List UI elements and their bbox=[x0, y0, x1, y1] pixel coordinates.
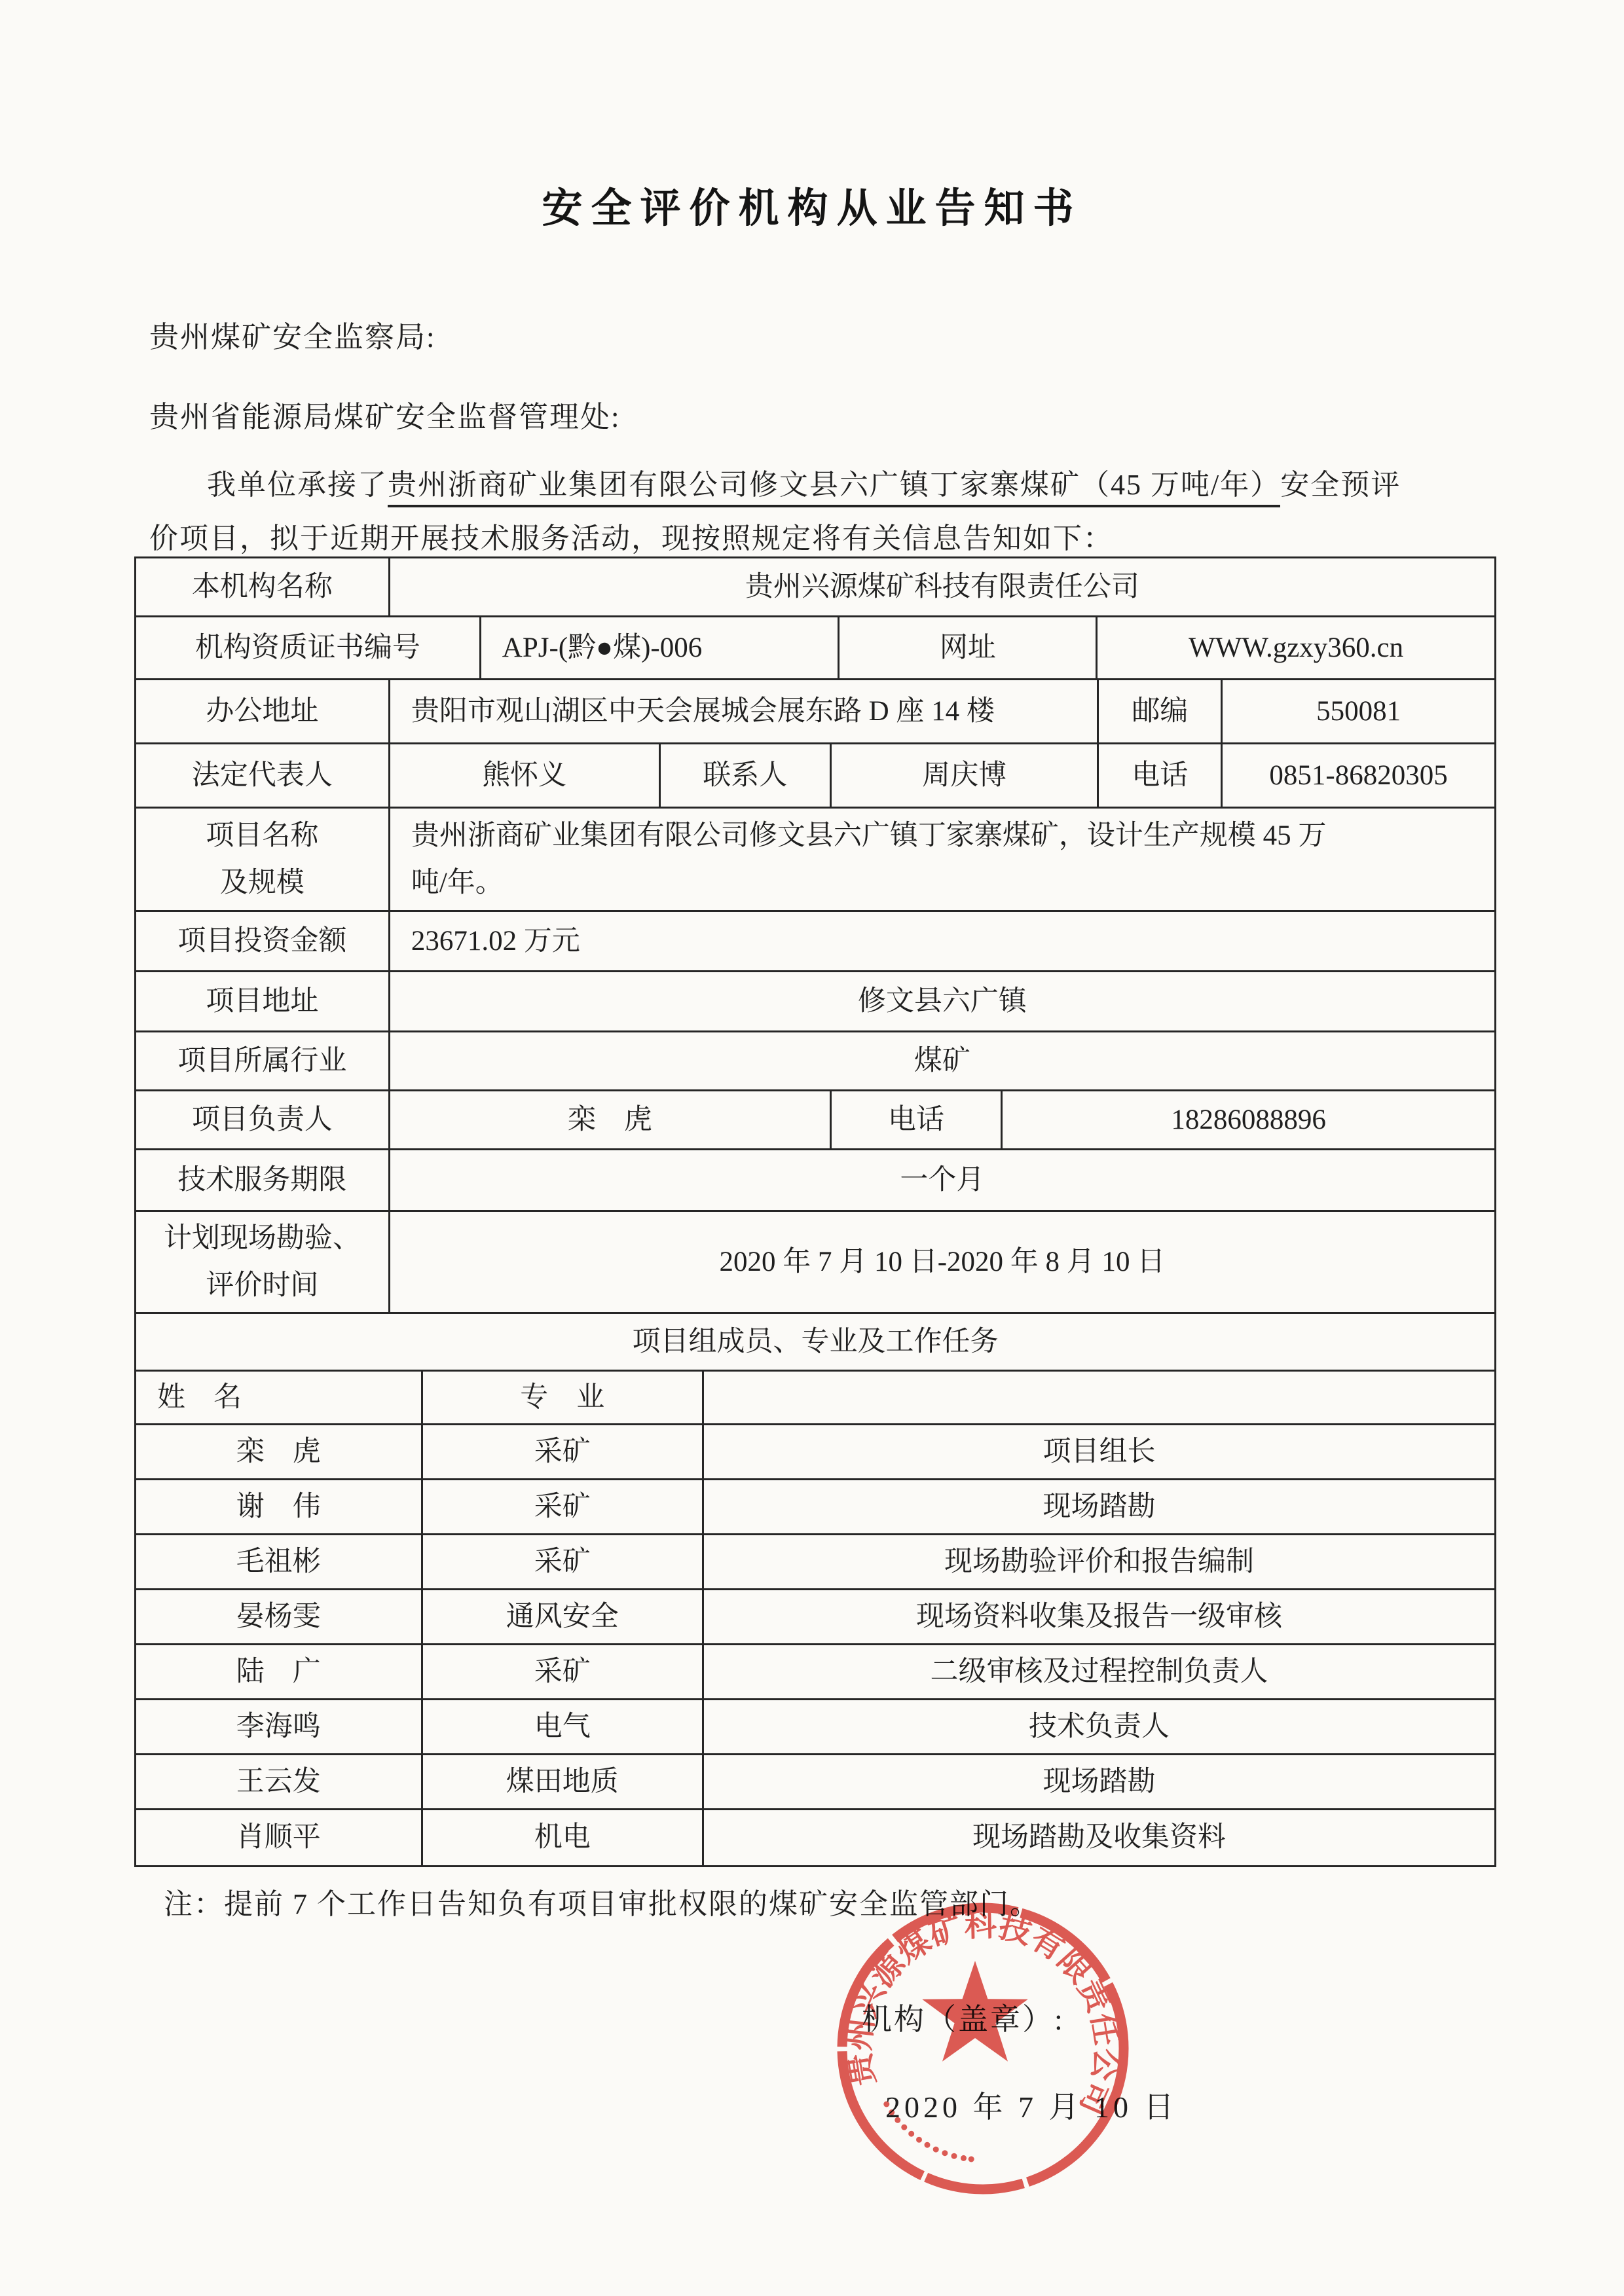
website-value: WWW.gzxy360.cn bbox=[1098, 617, 1494, 678]
member-task: 现场踏勘 bbox=[704, 1480, 1494, 1533]
phone-value: 0851-86820305 bbox=[1223, 744, 1494, 807]
table-row: 姓 名专 业 bbox=[136, 1372, 1494, 1425]
row-label-cert-no: 机构资质证书编号 bbox=[136, 617, 481, 678]
row-label-leader-phone: 电话 bbox=[832, 1091, 1003, 1148]
official-seal: 贵州兴源煤矿科技有限责任公司 bbox=[833, 1899, 1133, 2198]
member-name: 李海鸣 bbox=[136, 1700, 423, 1753]
table-row: 毛祖彬采矿现场勘验评价和报告编制 bbox=[136, 1535, 1494, 1590]
service-period-value: 一个月 bbox=[390, 1150, 1494, 1210]
member-name: 谢 伟 bbox=[136, 1480, 423, 1533]
member-task: 现场踏勘 bbox=[704, 1755, 1494, 1808]
member-name: 肖顺平 bbox=[136, 1810, 423, 1865]
intro-paragraph: 我单位承接了贵州浙商矿业集团有限公司修文县六广镇丁家寨煤矿（45 万吨/年）安全… bbox=[149, 458, 1496, 566]
row-label-project-address: 项目地址 bbox=[136, 972, 390, 1030]
member-name: 栾 虎 bbox=[136, 1425, 423, 1478]
table-row: 陆 广采矿二级审核及过程控制负责人 bbox=[136, 1645, 1494, 1700]
salutation-line-2: 贵州省能源局煤矿安全监督管理处: bbox=[149, 393, 621, 435]
table-row: 项目地址修文县六广镇 bbox=[136, 972, 1494, 1032]
table-row: 项目所属行业煤矿 bbox=[136, 1032, 1494, 1091]
seal-star-icon bbox=[922, 1961, 1028, 2062]
project-name-value: 贵州浙商矿业集团有限公司修文县六广镇丁家寨煤矿，设计生产规模 45 万 吨/年。 bbox=[390, 809, 1494, 910]
contact-value: 周庆博 bbox=[832, 744, 1099, 807]
table-row: 项目名称 及规模贵州浙商矿业集团有限公司修文县六广镇丁家寨煤矿，设计生产规模 4… bbox=[136, 809, 1494, 912]
intro-tail: 安全预评 bbox=[1280, 469, 1401, 501]
member-major: 煤田地质 bbox=[423, 1755, 704, 1808]
table-row: 项目投资金额23671.02 万元 bbox=[136, 912, 1494, 972]
document-page: 安全评价机构从业告知书 贵州煤矿安全监察局: 贵州省能源局煤矿安全监督管理处: … bbox=[0, 0, 1624, 2296]
table-row: 栾 虎采矿项目组长 bbox=[136, 1425, 1494, 1480]
col-header-name: 姓 名 bbox=[136, 1372, 423, 1423]
member-name: 晏杨雯 bbox=[136, 1590, 423, 1643]
table-row: 肖顺平机电现场踏勘及收集资料 bbox=[136, 1810, 1494, 1865]
table-row: 技术服务期限一个月 bbox=[136, 1150, 1494, 1212]
legal-rep-value: 熊怀义 bbox=[390, 744, 661, 807]
table-row: 法定代表人熊怀义联系人周庆博电话0851-86820305 bbox=[136, 744, 1494, 809]
table-row: 项目组成员、专业及工作任务 bbox=[136, 1314, 1494, 1372]
intro-lead: 我单位承接了 bbox=[207, 469, 388, 501]
project-address-value: 修文县六广镇 bbox=[390, 972, 1494, 1030]
row-label-industry: 项目所属行业 bbox=[136, 1032, 390, 1089]
member-task: 项目组长 bbox=[704, 1425, 1494, 1478]
row-label-phone: 电话 bbox=[1099, 744, 1223, 807]
member-major: 通风安全 bbox=[423, 1590, 704, 1643]
table-row: 计划现场勘验、 评价时间2020 年 7 月 10 日-2020 年 8 月 1… bbox=[136, 1212, 1494, 1314]
row-label-legal-rep: 法定代表人 bbox=[136, 744, 390, 807]
leader-name-value: 栾 虎 bbox=[390, 1091, 832, 1148]
member-major: 采矿 bbox=[423, 1480, 704, 1533]
table-row: 项目负责人栾 虎电话18286088896 bbox=[136, 1091, 1494, 1150]
table-row: 机构资质证书编号APJ-(黔●煤)-006网址WWW.gzxy360.cn bbox=[136, 617, 1494, 680]
member-major: 机电 bbox=[423, 1810, 704, 1865]
postcode-value: 550081 bbox=[1223, 680, 1494, 742]
member-major: 采矿 bbox=[423, 1645, 704, 1698]
member-task: 现场资料收集及报告一级审核 bbox=[704, 1590, 1494, 1643]
row-label-postcode: 邮编 bbox=[1099, 680, 1223, 742]
table-row: 李海鸣电气技术负责人 bbox=[136, 1700, 1494, 1755]
intro-underlined-project: 贵州浙商矿业集团有限公司修文县六广镇丁家寨煤矿（45 万吨/年） bbox=[388, 469, 1280, 507]
table-row: 晏杨雯通风安全现场资料收集及报告一级审核 bbox=[136, 1590, 1494, 1645]
row-label-project-name: 项目名称 及规模 bbox=[136, 809, 390, 910]
member-major: 采矿 bbox=[423, 1425, 704, 1478]
cert-no-value: APJ-(黔●煤)-006 bbox=[481, 617, 840, 678]
member-name: 陆 广 bbox=[136, 1645, 423, 1698]
table-row: 谢 伟采矿现场踏勘 bbox=[136, 1480, 1494, 1535]
salutation-line-1: 贵州煤矿安全监察局: bbox=[149, 313, 436, 355]
table-row: 办公地址贵阳市观山湖区中天会展城会展东路 D 座 14 楼邮编550081 bbox=[136, 680, 1494, 744]
member-major: 电气 bbox=[423, 1700, 704, 1753]
member-task: 技术负责人 bbox=[704, 1700, 1494, 1753]
member-task: 二级审核及过程控制负责人 bbox=[704, 1645, 1494, 1698]
row-label-investment: 项目投资金额 bbox=[136, 912, 390, 970]
col-header-major: 专 业 bbox=[423, 1372, 704, 1423]
intro-line-1: 我单位承接了贵州浙商矿业集团有限公司修文县六广镇丁家寨煤矿（45 万吨/年）安全… bbox=[149, 458, 1496, 512]
col-header-task bbox=[704, 1372, 1494, 1423]
row-label-contact: 联系人 bbox=[661, 744, 832, 807]
document-title: 安全评价机构从业告知书 bbox=[0, 175, 1624, 234]
member-task: 现场勘验评价和报告编制 bbox=[704, 1535, 1494, 1588]
info-table: 本机构名称贵州兴源煤矿科技有限责任公司机构资质证书编号APJ-(黔●煤)-006… bbox=[134, 556, 1496, 1867]
members-section-header: 项目组成员、专业及工作任务 bbox=[136, 1314, 1494, 1370]
member-name: 毛祖彬 bbox=[136, 1535, 423, 1588]
schedule-value: 2020 年 7 月 10 日-2020 年 8 月 10 日 bbox=[390, 1212, 1494, 1312]
row-label-website: 网址 bbox=[840, 617, 1098, 678]
member-name: 王云发 bbox=[136, 1755, 423, 1808]
row-label-org-name: 本机构名称 bbox=[136, 558, 390, 615]
table-row: 王云发煤田地质现场踏勘 bbox=[136, 1755, 1494, 1810]
leader-phone-value: 18286088896 bbox=[1003, 1091, 1494, 1148]
member-major: 采矿 bbox=[423, 1535, 704, 1588]
investment-value: 23671.02 万元 bbox=[390, 912, 1494, 970]
org-name-value: 贵州兴源煤矿科技有限责任公司 bbox=[390, 558, 1494, 615]
row-label-office-address: 办公地址 bbox=[136, 680, 390, 742]
industry-value: 煤矿 bbox=[390, 1032, 1494, 1089]
row-label-leader: 项目负责人 bbox=[136, 1091, 390, 1148]
row-label-schedule: 计划现场勘验、 评价时间 bbox=[136, 1212, 390, 1312]
member-task: 现场踏勘及收集资料 bbox=[704, 1810, 1494, 1865]
office-address-value: 贵阳市观山湖区中天会展城会展东路 D 座 14 楼 bbox=[390, 680, 1099, 742]
seal-dotted-arc bbox=[883, 2102, 974, 2162]
table-row: 本机构名称贵州兴源煤矿科技有限责任公司 bbox=[136, 558, 1494, 617]
row-label-service-period: 技术服务期限 bbox=[136, 1150, 390, 1210]
